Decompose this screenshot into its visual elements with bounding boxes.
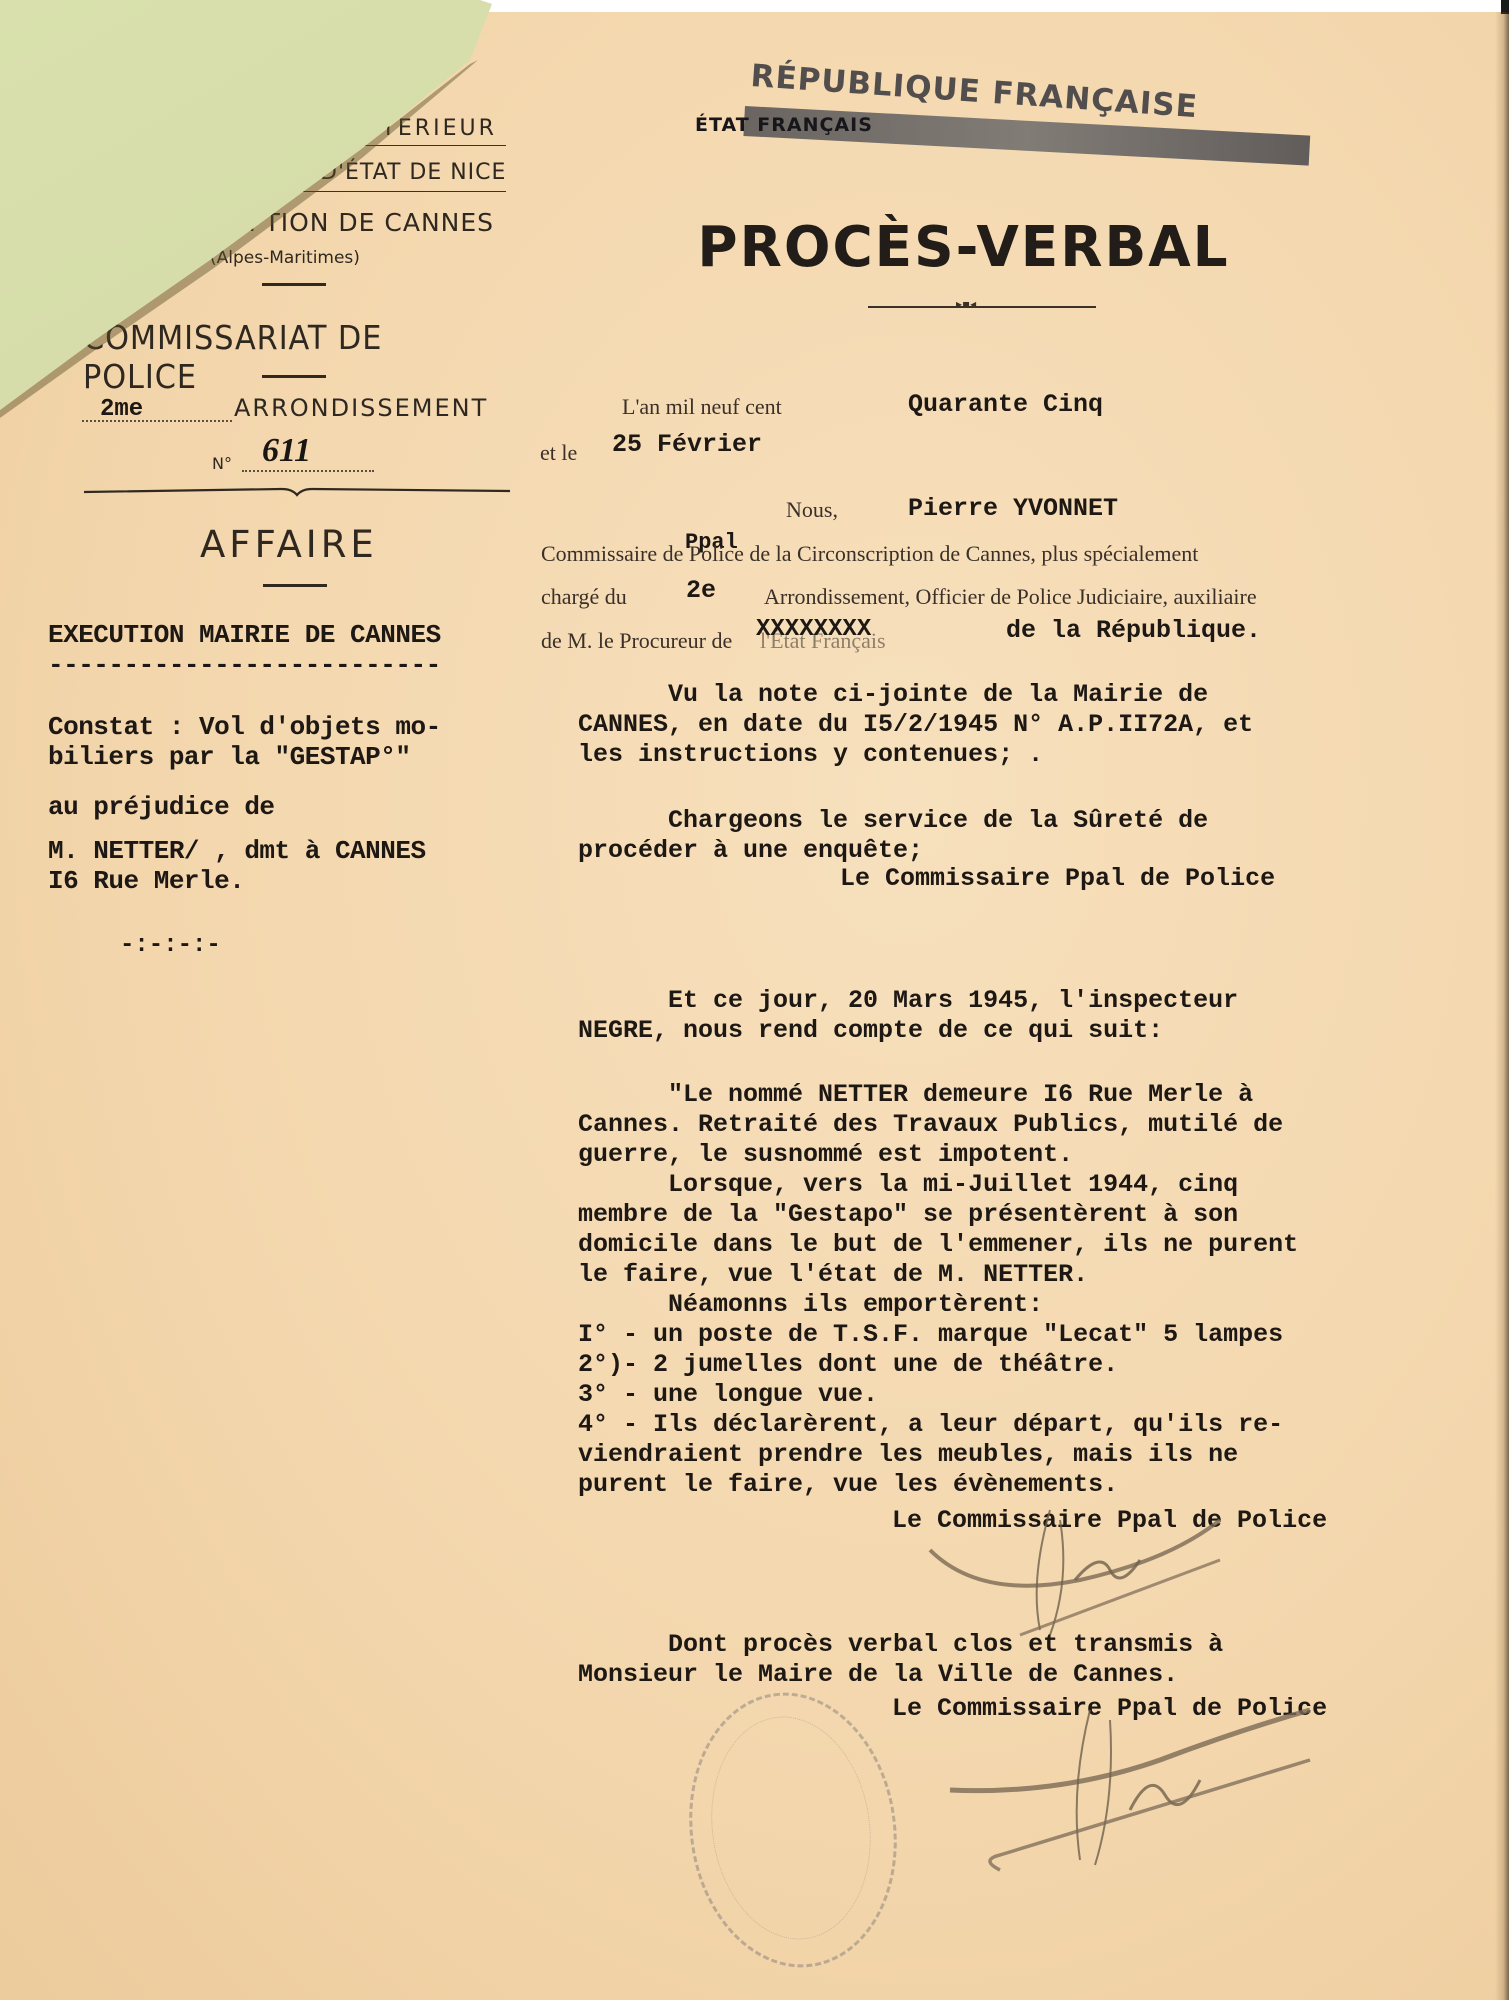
constat-line-1: Constat : Vol d'objets mo- — [48, 712, 441, 742]
report-line: Cannes. Retraité des Travaux Publics, mu… — [578, 1110, 1298, 1140]
report-line: I° - un poste de T.S.F. marque "Lecat" 5… — [578, 1320, 1298, 1350]
year-value: Quarante Cinq — [908, 390, 1103, 419]
case-number-handwritten: 611 — [262, 432, 311, 470]
document-page: NTERIEUR D'ÉTAT DE NICE IPTION DE CANNES… — [0, 0, 1509, 2000]
letterhead-bar-2 — [262, 375, 326, 378]
affaire-subject: EXECUTION MAIRIE DE CANNES — [48, 620, 441, 650]
paragraph-note: Vu la note ci-jointe de la Mairie de CAN… — [578, 680, 1253, 770]
letterhead-bar-1 — [262, 283, 326, 286]
arrondissement-label: ARRONDISSEMENT — [234, 394, 488, 422]
date-label: et le — [540, 440, 577, 466]
closing-line: Monsieur le Maire de la Ville de Cannes. — [578, 1660, 1223, 1690]
report-line: 3° - une longue vue. — [578, 1380, 1298, 1410]
body-line: Et ce jour, 20 Mars 1945, l'inspecteur — [578, 986, 1238, 1016]
report-line: 4° - Ils déclarèrent, a leur départ, qu'… — [578, 1410, 1298, 1440]
report-line: guerre, le susnommé est impotent. — [578, 1140, 1298, 1170]
report-line: le faire, vue l'état de M. NETTER. — [578, 1260, 1298, 1290]
signature-1-icon — [900, 1490, 1260, 1640]
report-line: "Le nommé NETTER demeure I6 Rue Merle à — [578, 1080, 1298, 1110]
office-title: COMMISSARIAT DE POLICE — [83, 318, 485, 396]
charge-rest: Arrondissement, Officier de Police Judic… — [764, 584, 1257, 610]
report-line: viendraient prendre les meubles, mais il… — [578, 1440, 1298, 1470]
affaire-end-mark: -:-:-:- — [120, 932, 221, 959]
case-number-row: N° 611 — [212, 432, 412, 472]
number-label: N° — [212, 454, 232, 473]
procureur-value: de la République. — [1006, 616, 1261, 645]
body-line: NEGRE, nous rend compte de ce qui suit: — [578, 1016, 1238, 1046]
signature-2-icon — [940, 1700, 1320, 1880]
nous-label: Nous, — [786, 497, 838, 523]
closing-line: Dont procès verbal clos et transmis à — [578, 1630, 1223, 1660]
body-line: procéder à une enquête; — [578, 836, 1208, 866]
report-line: membre de la "Gestapo" se présentèrent à… — [578, 1200, 1298, 1230]
stamp-etat-francais-struck: ÉTAT FRANÇAIS — [695, 114, 873, 136]
affaire-separator: -------------------------- — [48, 650, 441, 680]
commissaire-line: Commissaire de Police de la Circonscript… — [541, 541, 1198, 567]
victim-line-2: I6 Rue Merle. — [48, 866, 244, 896]
arrondissement-row: 2me ARRONDISSEMENT — [82, 398, 512, 428]
victim-line-1: M. NETTER/ , dmt à CANNES — [48, 836, 426, 866]
paragraph-closing: Dont procès verbal clos et transmis à Mo… — [578, 1630, 1223, 1690]
date-value: 25 Février — [612, 430, 762, 459]
paragraph-report: "Le nommé NETTER demeure I6 Rue Merle à … — [578, 1080, 1298, 1500]
title-ornament-line — [868, 306, 1096, 308]
document-title: PROCÈS-VERBAL — [697, 215, 1229, 280]
signoff-1: Le Commissaire Ppal de Police — [840, 864, 1275, 893]
number-dotted-field — [242, 470, 374, 472]
paper-edge-shadow — [1495, 12, 1509, 2000]
paragraph-report-intro: Et ce jour, 20 Mars 1945, l'inspecteur N… — [578, 986, 1238, 1046]
body-line: les instructions y contenues; . — [578, 740, 1253, 770]
title-ornament-mark-icon: ▸▪◂ — [956, 297, 976, 311]
scan-border-top — [480, 0, 1509, 12]
ornamental-divider-icon — [82, 484, 512, 500]
charge-value: 2e — [686, 576, 716, 605]
charge-label: chargé du — [541, 584, 627, 610]
officer-name: Pierre YVONNET — [908, 494, 1118, 523]
report-line: 2°)- 2 jumelles dont une de théâtre. — [578, 1350, 1298, 1380]
body-line: CANNES, en date du I5/2/1945 N° A.P.II72… — [578, 710, 1253, 740]
body-line: Vu la note ci-jointe de la Mairie de — [578, 680, 1253, 710]
procureur-overtype: XXXXXXXX — [756, 616, 871, 643]
year-label: L'an mil neuf cent — [622, 394, 782, 420]
report-line: Lorsque, vers la mi-Juillet 1944, cinq — [578, 1170, 1298, 1200]
affaire-heading: AFFAIRE — [200, 523, 378, 566]
arrondissement-value: 2me — [100, 396, 143, 423]
report-line: domicile dans le but de l'emmener, ils n… — [578, 1230, 1298, 1260]
report-line: Néamonns ils emportèrent: — [578, 1290, 1298, 1320]
procureur-label: de M. le Procureur de — [541, 628, 732, 654]
affaire-bar — [263, 584, 327, 587]
prejudice-line: au préjudice de — [48, 792, 275, 822]
constat-line-2: biliers par la "GESTAP°" — [48, 742, 410, 772]
body-line: Chargeons le service de la Sûreté de — [578, 806, 1208, 836]
paragraph-charge: Chargeons le service de la Sûreté de pro… — [578, 806, 1208, 866]
